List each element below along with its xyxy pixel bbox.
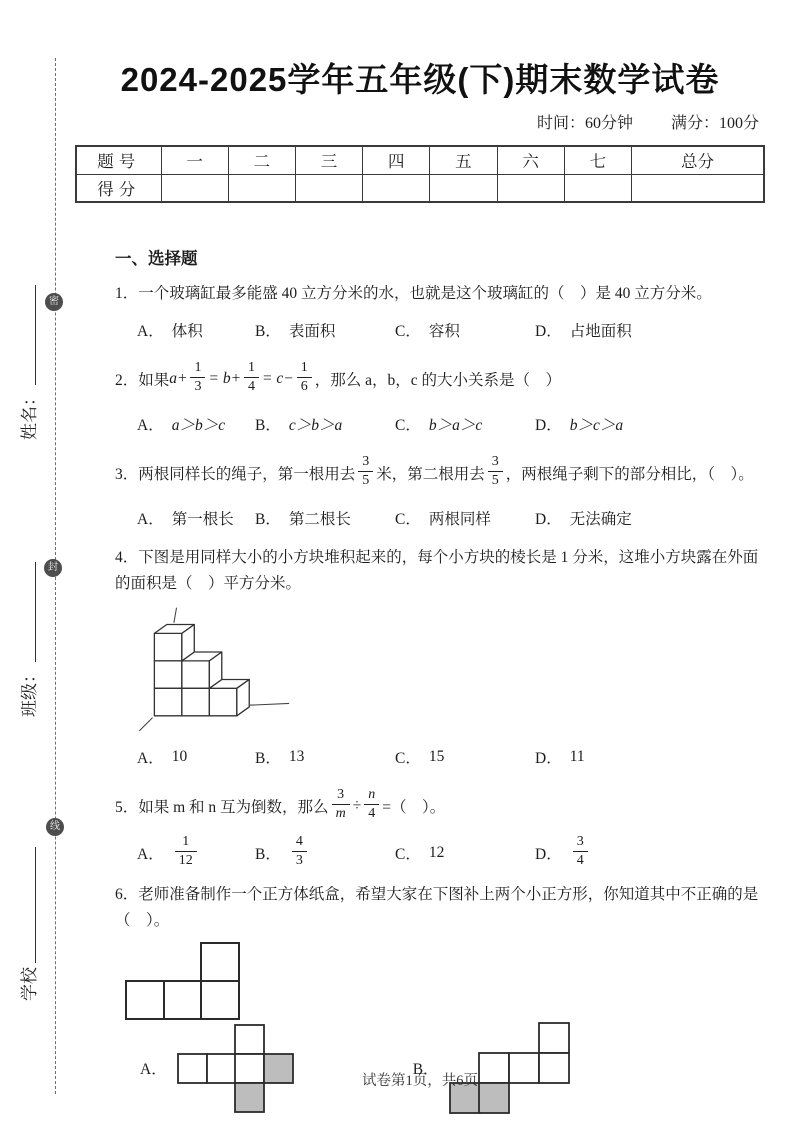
page-footer: 试卷第1页，共6页 [75,1069,765,1090]
question-2-text: 2．如果 a+ 13 = b+ 14 = c− 16 ，那么 a，b，c 的大小… [115,357,765,401]
question-4-options: A．10 B．13 C．15 D．11 [137,742,765,772]
seal-stamp-mi: 密 [45,293,63,311]
option-b: B．13 [255,746,395,768]
time-label: 时间：60分钟 [537,115,633,132]
option-d: D．34 [535,836,765,870]
option-b: B．第二根长 [255,507,395,529]
score-table-col-1: 一 [161,146,228,174]
exam-meta: 时间：60分钟 满分：100分 [75,110,765,133]
seal-stamp-feng: 封 [44,559,62,577]
seal-stamp-xian: 线 [46,818,64,836]
question-2-options: A．a＞b＞c B．c＞b＞a C．b＞a＞c D．b＞c＞a [137,409,765,439]
score-table-col-4: 四 [363,146,430,174]
score-cell [228,174,295,202]
school-field: 学校 [16,835,40,1001]
score-table-col-total: 总分 [631,146,764,174]
option-a: A．a＞b＞c [137,413,255,435]
score-table-qno-label: 题号 [76,146,161,174]
score-table-col-7: 七 [564,146,631,174]
option-c: C．两根同样 [395,507,535,529]
score-cell [363,174,430,202]
score-cell [497,174,564,202]
fraction: 35 [358,454,373,488]
option-a: A．体积 [137,319,255,341]
fraction: 14 [244,360,259,394]
question-5-options: A．112 B．43 C．12 D．34 [137,836,765,870]
option-b: B．43 [255,836,395,870]
score-cell [430,174,497,202]
option-a: A．10 [137,746,255,768]
full-score-label: 满分：100分 [671,115,759,132]
score-cell [161,174,228,202]
class-blank-line [30,562,36,662]
cube-net-base-figure [125,942,765,1020]
option-c: C．b＞a＞c [395,413,535,435]
question-1-options: A．体积 B．表面积 C．容积 D．占地面积 [137,315,765,345]
score-table-score-row: 得分 [76,174,764,202]
school-blank-line [30,847,36,963]
question-1-text: 1．一个玻璃缸最多能盛 40 立方分米的水，也就是这个玻璃缸的（ ）是 40 立… [115,281,765,307]
question-3-text: 3．两根同样长的绳子，第一根用去 35 米，第二根用去 35 ，两根绳子剩下的部… [115,451,765,495]
fraction: 112 [175,834,197,868]
name-field: 姓名： [16,274,40,440]
question-4-text: 4．下图是用同样大小的小方块堆积起来的，每个小方块的棱长是 1 分米，这堆小方块… [115,545,765,597]
cube-net-base-drawing [125,942,243,1020]
score-cell [295,174,362,202]
option-b: B．表面积 [255,319,395,341]
fraction: 34 [573,834,588,868]
fraction: 35 [488,454,503,488]
option-a: A．112 [137,836,255,870]
question-6-text: 6．老师准备制作一个正方体纸盒，希望大家在下图补上两个小正方形，你知道其中不正确… [115,882,765,934]
score-table-col-2: 二 [228,146,295,174]
school-label: 学校 [15,967,40,1001]
fraction: 3m [332,787,350,821]
page-title: 2024-2025学年五年级(下)期末数学试卷 [75,56,765,104]
option-d: D．11 [535,746,765,768]
option-c: C．12 [395,842,535,864]
fraction: n4 [364,787,379,821]
score-table-col-6: 六 [497,146,564,174]
score-cell [564,174,631,202]
name-blank-line [30,285,36,385]
option-c: C．容积 [395,319,535,341]
score-table-col-5: 五 [430,146,497,174]
cube-stack-drawing [137,605,295,738]
score-table: 题号 一 二 三 四 五 六 七 总分 得分 [75,145,765,203]
option-b: B．c＞b＞a [255,413,395,435]
section-title: 一、选择题 [115,245,765,269]
score-cell [631,174,764,202]
score-table-col-3: 三 [295,146,362,174]
class-label: 班级： [15,666,40,717]
fraction: 43 [292,834,307,868]
score-row-label: 得分 [76,174,161,202]
question-3-options: A．第一根长 B．第二根长 C．两根同样 D．无法确定 [137,503,765,533]
option-a: A．第一根长 [137,507,255,529]
exam-paper-page: 密 封 线 姓名： 班级： 学校 2024-2025学年五年级(下)期末数学试卷… [0,0,793,1122]
questions-area: 一、选择题 1．一个玻璃缸最多能盛 40 立方分米的水，也就是这个玻璃缸的（ ）… [115,245,765,1114]
cube-stack-figure [137,605,765,738]
name-label: 姓名： [15,389,40,440]
option-d: D．b＞c＞a [535,413,765,435]
fraction: 16 [297,360,312,394]
question-5-text: 5．如果 m 和 n 互为倒数，那么 3m ÷ n4 =（ ）。 [115,784,765,828]
option-c: C．15 [395,746,535,768]
option-d: D．占地面积 [535,319,765,341]
class-field: 班级： [16,551,40,717]
fraction: 13 [190,360,205,394]
score-table-header-row: 题号 一 二 三 四 五 六 七 总分 [76,146,764,174]
option-d: D．无法确定 [535,507,765,529]
